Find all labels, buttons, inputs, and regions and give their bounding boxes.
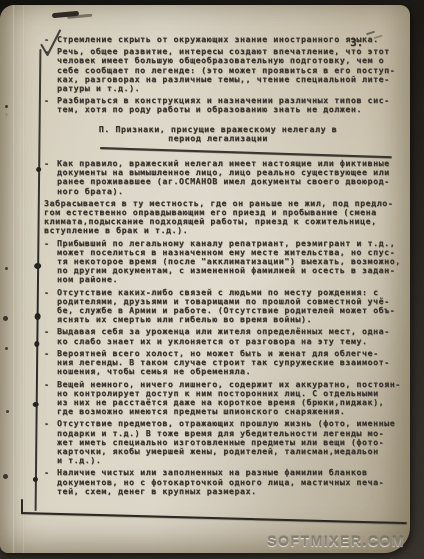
list-dash: - bbox=[44, 47, 57, 93]
text-line: яснять их смертью или гибелью во время в… bbox=[57, 315, 406, 324]
list-dash: - bbox=[44, 468, 57, 496]
list-item: -Прибывший по легальному каналу репатриа… bbox=[44, 239, 406, 285]
list-dash: - bbox=[44, 380, 57, 417]
list-item: -Отсутствие каких-либо связей с людьми п… bbox=[44, 288, 406, 325]
ink-blot bbox=[34, 263, 41, 269]
scan-specks bbox=[5, 105, 8, 108]
list-item: -Разбираться в конструкциях и назначении… bbox=[44, 96, 406, 114]
document-page: 3. -Стремление скрыть от окружающих знан… bbox=[0, 5, 410, 553]
text-line: карточки, якобы умершей жены, родителей,… bbox=[57, 447, 406, 456]
text-line: ного брата). bbox=[57, 187, 406, 196]
paragraph: Забрасывается в ту местность, где он ран… bbox=[44, 199, 406, 236]
list-item: -Наличие чистых или заполненных на разны… bbox=[44, 468, 406, 496]
text-line: ко слабо знает их и уклоняется от разгов… bbox=[57, 337, 406, 346]
text-lines: Стремление скрыть от окружающих знание и… bbox=[57, 35, 406, 44]
text-lines: Выдавая себя за уроженца или жителя опре… bbox=[57, 327, 406, 345]
list-item: -Вероятней всего холост, но может быть и… bbox=[44, 349, 406, 377]
heading-underline bbox=[100, 147, 392, 158]
text-line: тем, хотя по роду работы и образованию з… bbox=[57, 105, 406, 114]
ink-blot bbox=[35, 313, 41, 320]
text-line: Стремление скрыть от окружающих знание и… bbox=[57, 35, 406, 44]
text-lines: Отсутствие предметов, отражающих прошлую… bbox=[57, 419, 406, 465]
list-dash: - bbox=[44, 35, 57, 44]
binding-crease bbox=[22, 5, 25, 553]
list-item: -Вещей немного, ничего лишнего, содержит… bbox=[44, 380, 406, 417]
text-lines: Как правило, вражеский нелегал имеет нас… bbox=[57, 159, 406, 196]
text-lines: Отсутствие каких-либо связей с людьми по… bbox=[57, 288, 406, 325]
list-dash: - bbox=[44, 349, 57, 377]
ink-blot bbox=[33, 477, 38, 482]
list-item: -Выдавая себя за уроженца или жителя опр… bbox=[44, 327, 406, 345]
text-line: ратуры и т.д.). bbox=[57, 84, 406, 93]
margin-ink-line bbox=[35, 49, 41, 511]
text-lines: П. Признаки, присущие вражескому нелегал… bbox=[44, 125, 392, 143]
ink-blot bbox=[36, 167, 41, 172]
text-line: период легализации bbox=[44, 134, 392, 143]
list-dash: - bbox=[44, 419, 57, 465]
section-heading: П. Признаки, присущие вражескому нелегал… bbox=[44, 125, 406, 143]
typewritten-text: -Стремление скрыть от окружающих знание … bbox=[44, 35, 406, 499]
bottom-ink-line bbox=[21, 499, 407, 525]
text-lines: Речь, общее развитие, интересы создают в… bbox=[57, 47, 406, 93]
text-lines: Вещей немного, ничего лишнего, содержит … bbox=[57, 380, 406, 417]
watermark: SOFTMIXER.COM bbox=[267, 533, 405, 549]
list-item: -Стремление скрыть от окружающих знание … bbox=[44, 35, 406, 44]
text-lines: Наличие чистых или заполненных на разные… bbox=[57, 468, 406, 496]
text-lines: Забрасывается в ту местность, где он ран… bbox=[44, 199, 406, 236]
list-dash: - bbox=[44, 239, 57, 285]
text-lines: Разбираться в конструкциях и назначении … bbox=[57, 96, 406, 114]
list-dash: - bbox=[44, 96, 57, 114]
text-lines: Вероятней всего холост, но может быть и … bbox=[57, 349, 406, 377]
text-line: где возможно имеются предметы шпионского… bbox=[57, 407, 406, 416]
list-item: -Отсутствие предметов, отражающих прошлу… bbox=[44, 419, 406, 465]
list-dash: - bbox=[44, 288, 57, 325]
list-item: -Речь, общее развитие, интересы создают … bbox=[44, 47, 406, 93]
ink-blot bbox=[33, 402, 39, 407]
text-line: тей, схем, денег в крупных размерах. bbox=[57, 487, 406, 496]
binding-crease bbox=[12, 5, 15, 553]
text-lines: Прибывший по легальному каналу репатриан… bbox=[57, 239, 406, 285]
text-line: ном районе. bbox=[57, 275, 406, 284]
ink-blot bbox=[34, 341, 39, 347]
list-dash: - bbox=[44, 327, 57, 345]
text-line: и т.д.). bbox=[57, 456, 406, 465]
ink-smear bbox=[52, 11, 79, 18]
list-item: -Как правило, вражеский нелегал имеет на… bbox=[44, 159, 406, 196]
list-dash: - bbox=[44, 159, 57, 196]
text-line: ношения, чтобы семья не обременяла. bbox=[57, 367, 406, 376]
text-line: вступление в брак и т.д.). bbox=[44, 226, 406, 235]
ink-line-rule bbox=[21, 512, 407, 524]
